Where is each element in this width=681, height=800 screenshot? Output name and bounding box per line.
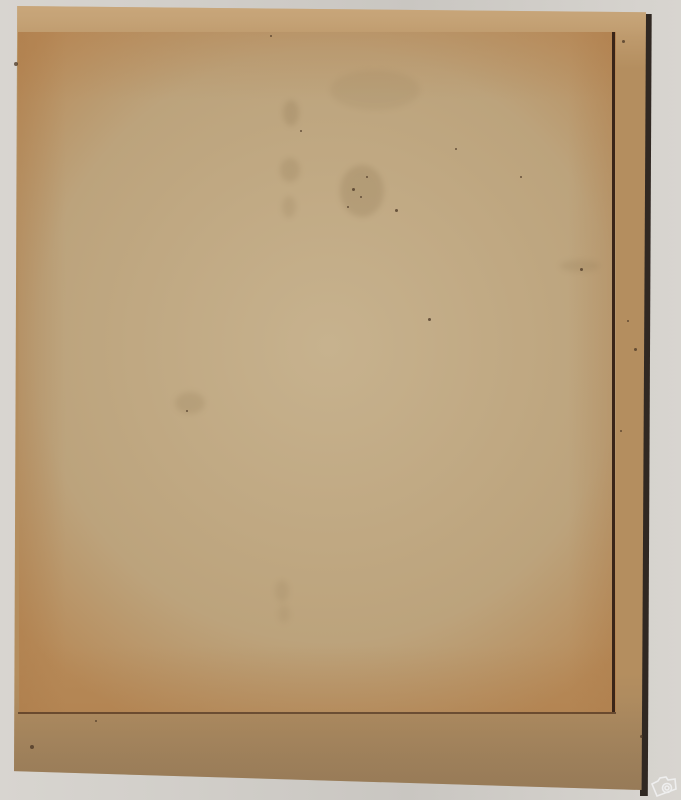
dirt-speck (366, 176, 368, 178)
dirt-speck (520, 176, 522, 178)
dirt-speck (455, 148, 457, 150)
dirt-speck (30, 745, 34, 749)
stain-mark (282, 196, 296, 218)
dirt-speck (95, 720, 97, 722)
paper-edge-right (612, 32, 615, 712)
dirt-speck (428, 318, 431, 321)
paper-foxing-vignette (18, 32, 616, 714)
dirt-speck (620, 430, 622, 432)
stain-mark (340, 165, 384, 217)
dirt-speck (186, 410, 188, 412)
dirt-speck (347, 206, 349, 208)
dirt-speck (352, 188, 355, 191)
dirt-speck (360, 196, 362, 198)
dirt-speck (622, 40, 625, 43)
stain-mark (175, 392, 205, 414)
stain-mark (278, 605, 290, 623)
aged-paper-sheet (18, 32, 616, 714)
dirt-speck (580, 268, 583, 271)
dirt-speck (300, 130, 302, 132)
dirt-speck (270, 35, 272, 37)
stain-mark (280, 158, 300, 182)
stain-mark (275, 580, 289, 602)
stain-mark (283, 100, 299, 126)
camera-icon (649, 776, 679, 798)
dirt-speck (14, 62, 18, 66)
photo-scene (0, 0, 681, 800)
stain-mark (330, 70, 420, 110)
dirt-speck (634, 348, 637, 351)
dirt-speck (627, 320, 629, 322)
dirt-speck (640, 735, 643, 738)
paper-edge-bottom (18, 712, 616, 714)
dirt-speck (395, 209, 398, 212)
